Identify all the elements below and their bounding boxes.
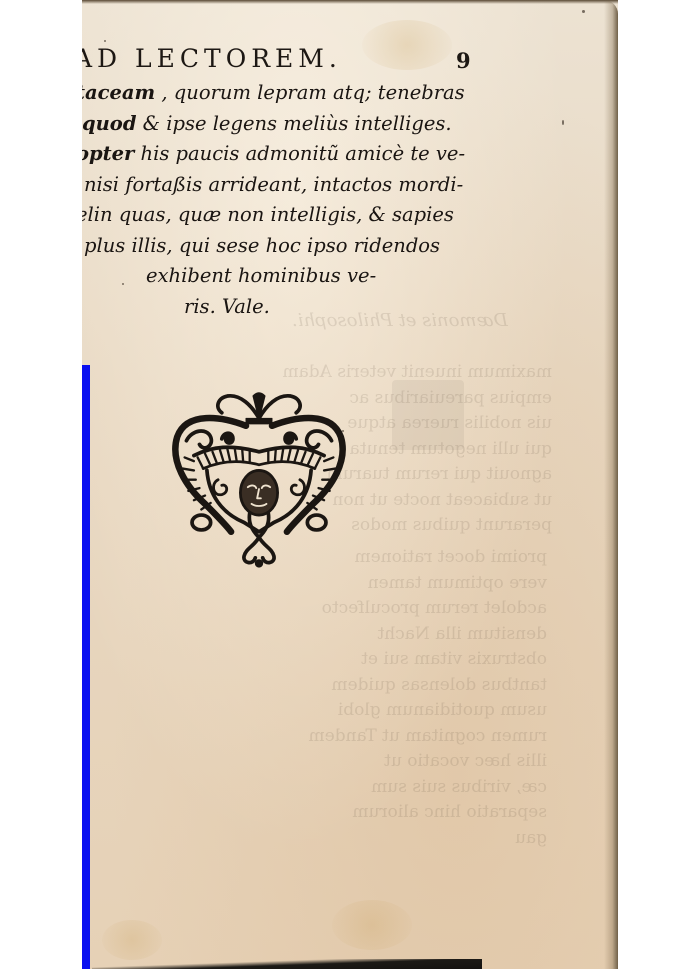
text-line: plus illis, qui sese hoc ipso ridendos: [82, 231, 476, 262]
line-rest: elin quas, quæ non intelligis, & sapies: [82, 203, 454, 226]
woodcut-ornament-icon: [166, 378, 352, 574]
bleed-line: uis nobilis ruerea atque: [382, 411, 552, 437]
text-line: taceam , quorum lepram atq; tenebras: [82, 78, 476, 109]
scan-viewport: Dæmonis et Philosophi. maximum inuenit v…: [0, 0, 690, 976]
line-rest: nisi fortaßis arrideant, intactos mordi-: [84, 173, 463, 196]
line-rest: ris. Vale.: [184, 295, 270, 318]
line-lead: taceam: [82, 81, 155, 104]
line-rest: plus illis, qui sese hoc ipso ridendos: [84, 234, 440, 257]
text-line: quod & ipse legens meliùs intelliges.: [82, 109, 476, 140]
bleed-line: maximum inuenit veteris Adam: [382, 360, 552, 386]
bleed-line: cæ, viribus suis sum: [257, 775, 547, 801]
bleed-line: gau: [257, 826, 547, 852]
text-line: nisi fortaßis arrideant, intactos mordi-: [82, 170, 476, 201]
paper-stain: [102, 920, 162, 960]
text-line: exhibent hominibus ve-: [82, 261, 476, 292]
body-text: taceam , quorum lepram atq; tenebras quo…: [82, 78, 476, 322]
bleed-line: agnouit qui rerum tuarum: [382, 462, 552, 488]
paper-speck: [104, 40, 106, 42]
bleed-through-lower: proimi docet rationem vere optimum tamen…: [257, 545, 547, 851]
text-line: opter his paucis admonitũ amicè te ve-: [82, 139, 476, 170]
line-lead: quod: [82, 112, 136, 135]
bleed-line: vere optimum tamen: [257, 571, 547, 597]
bleed-line: densitum illa Nacht: [257, 622, 547, 648]
line-rest: , quorum lepram atq; tenebras: [155, 81, 464, 104]
book-page: Dæmonis et Philosophi. maximum inuenit v…: [82, 0, 618, 969]
bleed-line: acdolet rerum proculfecto: [257, 596, 547, 622]
bleed-through-upper: maximum inuenit veteris Adam empius pare…: [382, 360, 552, 539]
line-rest: his paucis admonitũ amicè te ve-: [134, 142, 465, 165]
running-head: AD LECTOREM. 9: [82, 44, 602, 78]
bleed-line: rumen cognitam ut Tandem: [257, 724, 547, 750]
bleed-line: qui ulli negotum tenuta: [382, 437, 552, 463]
bleed-line: separatio hinc aliorum: [257, 800, 547, 826]
paper-speck: [582, 10, 585, 13]
paper-stain: [362, 20, 452, 70]
bleed-line: usum quotidianum globi: [257, 698, 547, 724]
paper-speck: [122, 283, 124, 285]
bleed-line: ut subiaceat nocte ut non: [382, 488, 552, 514]
line-lead: opter: [82, 142, 134, 165]
bleed-line: obstruxis vitam sui et: [257, 647, 547, 673]
paper-stain: [332, 900, 412, 950]
page-top-edge: [82, 0, 618, 4]
line-rest: exhibent hominibus ve-: [146, 264, 376, 287]
text-line: ris. Vale.: [82, 292, 476, 323]
running-head-title: AD LECTOREM.: [82, 44, 342, 73]
bleed-line: empius pareuiaribus ac: [382, 386, 552, 412]
page-number: 9: [456, 48, 471, 73]
paper-speck: [562, 120, 564, 125]
bleed-line: tantbus dolensas quidem: [257, 673, 547, 699]
blue-edge-strip: [82, 365, 90, 969]
line-rest: & ipse legens meliùs intelliges.: [136, 112, 451, 135]
paper-speck: [342, 430, 344, 432]
text-line: elin quas, quæ non intelligis, & sapies: [82, 200, 476, 231]
bleed-line: illis hæc vocatio ut: [257, 749, 547, 775]
bleed-line: perarunt quibus modos: [382, 513, 552, 539]
page-right-edge: [604, 0, 618, 969]
page-bottom-shadow: [92, 959, 482, 969]
